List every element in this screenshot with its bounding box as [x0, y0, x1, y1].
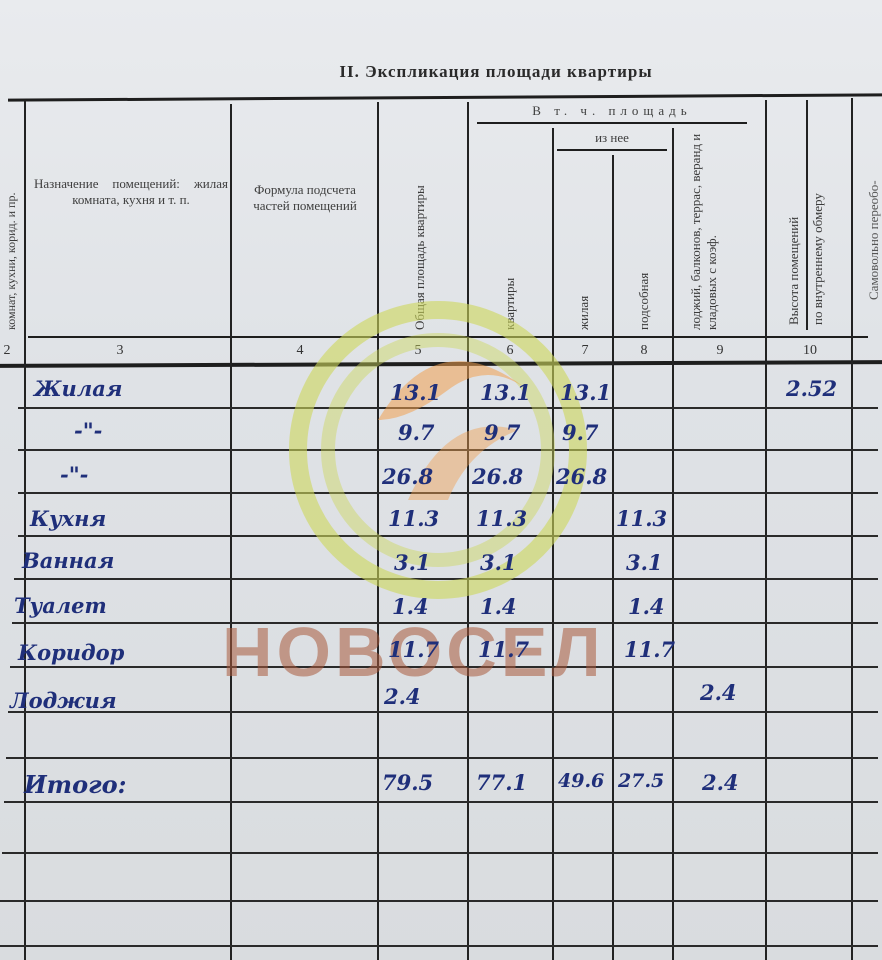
total-area: 11.3 [388, 506, 439, 531]
total-area: 3.1 [394, 550, 431, 575]
total-area: 26.8 [382, 464, 433, 489]
colnum-2: 2 [0, 343, 14, 359]
total-area: 9.7 [398, 420, 435, 445]
total-area: 13.1 [390, 380, 441, 405]
row-rule [0, 945, 878, 947]
living-area: 13.1 [560, 380, 611, 405]
apartment-area: 1.4 [480, 594, 517, 619]
col10-header-line2: по внутреннему обмеру [810, 193, 826, 325]
room-name: Кухня [30, 506, 106, 531]
col-divider [612, 155, 614, 960]
apartment-area: 26.8 [472, 464, 523, 489]
room-name: Ванная [22, 548, 114, 573]
colnum-8: 8 [624, 343, 664, 359]
row-rule [4, 801, 878, 803]
row-rule [6, 757, 878, 759]
row-rule [8, 711, 878, 713]
living-area: 9.7 [562, 420, 599, 445]
col-divider [765, 100, 767, 960]
col2-header: комнат, кухни, корид. и пр. [4, 193, 19, 330]
room-name: Лоджия [10, 688, 117, 713]
loggia-area: 2.4 [700, 680, 737, 705]
group-header: В т. ч. площадь [477, 103, 747, 119]
colnum-10: 10 [790, 343, 830, 359]
room-name: -"- [74, 418, 102, 443]
living-area: 26.8 [556, 464, 607, 489]
total-area: 11.7 [388, 637, 439, 662]
apartment-area: 3.1 [480, 550, 517, 575]
auxiliary-area: 3.1 [626, 550, 663, 575]
group-underline [477, 122, 747, 124]
loggia-area-sum: 2.4 [702, 770, 739, 795]
col8-header: подсобная [636, 273, 652, 330]
auxiliary-area: 1.4 [628, 594, 665, 619]
auxiliary-area: 11.3 [616, 506, 667, 531]
room-name: Коридор [18, 640, 124, 665]
col-divider [230, 104, 232, 960]
apartment-area: 9.7 [484, 420, 521, 445]
totals-label: Итого: [24, 770, 126, 799]
apartment-area-sum: 77.1 [476, 770, 527, 795]
row-rule [2, 852, 878, 854]
subgroup-underline [557, 149, 667, 151]
apartment-area: 11.3 [476, 506, 527, 531]
total-area: 1.4 [392, 594, 429, 619]
col-divider [672, 128, 674, 960]
subgroup-header: из нее [557, 130, 667, 146]
col-divider [851, 98, 853, 960]
room-name: Туалет [14, 593, 107, 618]
living-area-sum: 49.6 [558, 770, 604, 792]
room-height: 2.52 [786, 376, 837, 401]
room-name: Жилая [34, 376, 123, 401]
col-divider [806, 100, 808, 330]
apartment-area: 11.7 [478, 637, 529, 662]
colnum-9: 9 [700, 343, 740, 359]
room-name: -"- [60, 462, 88, 487]
col11-header: Самовольно переобо- [866, 180, 882, 300]
row-rule [0, 900, 878, 902]
col10-header-line1: Высота помещений [786, 217, 802, 325]
apartment-area: 13.1 [480, 380, 531, 405]
col9-header: лоджий, балконов, террас, веранд и кладо… [688, 130, 720, 330]
auxiliary-area: 11.7 [624, 637, 675, 662]
total-area: 2.4 [384, 684, 421, 709]
col-divider [24, 100, 26, 960]
novosel-logo-icon [288, 300, 588, 600]
colnum-3: 3 [100, 343, 140, 359]
total-area-sum: 79.5 [382, 770, 433, 795]
table-top-border [8, 93, 882, 101]
col4-header: Формула подсчета частей помещений [236, 182, 374, 214]
auxiliary-area-sum: 27.5 [618, 770, 664, 792]
document-title: II. Экспликация площади квартиры [0, 62, 882, 82]
col3-header: Назначение помещений: жилая комната, кух… [34, 176, 228, 208]
